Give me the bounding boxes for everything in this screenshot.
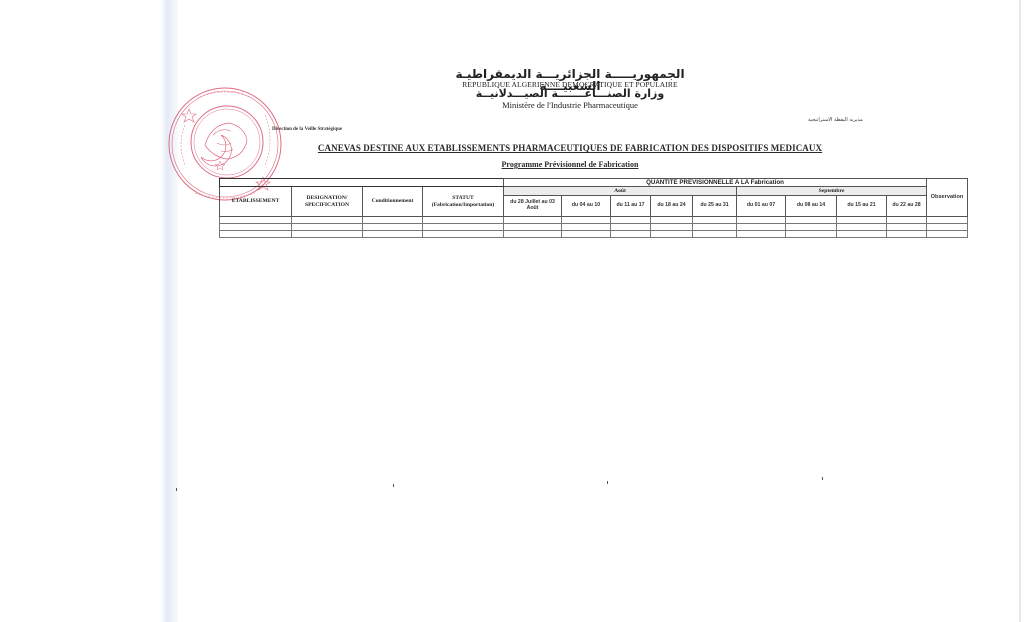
table-cell[interactable]	[651, 231, 693, 238]
week-column: du 18 au 24	[651, 196, 693, 217]
table-cell[interactable]	[837, 224, 887, 231]
table-cell[interactable]	[611, 217, 651, 224]
document-title: CANEVAS DESTINE AUX ETABLISSEMENTS PHARM…	[300, 143, 840, 153]
column-observation: Observation	[927, 179, 968, 217]
table-cell[interactable]	[292, 231, 363, 238]
table-cell[interactable]	[927, 217, 968, 224]
table-cell[interactable]	[887, 217, 927, 224]
month-septembre: Septembre	[737, 187, 927, 196]
table-cell[interactable]	[693, 224, 737, 231]
table-cell[interactable]	[927, 224, 968, 231]
table-cell[interactable]	[562, 231, 611, 238]
table-cell[interactable]	[562, 224, 611, 231]
header-spacer	[220, 179, 504, 187]
table-cell[interactable]	[292, 217, 363, 224]
table-cell[interactable]	[693, 231, 737, 238]
table-cell[interactable]	[887, 231, 927, 238]
table-cell[interactable]	[611, 224, 651, 231]
table-cell[interactable]	[504, 224, 562, 231]
table-cell[interactable]	[837, 217, 887, 224]
scan-mark	[822, 477, 823, 480]
table-row	[220, 217, 968, 224]
column-statut: STATUT (Fabrication/Importation)	[423, 187, 504, 217]
table-cell[interactable]	[693, 217, 737, 224]
week-column: du 15 au 21	[837, 196, 887, 217]
table-cell[interactable]	[786, 224, 837, 231]
header-ministry: Ministère de l'Industrie Pharmaceutique	[440, 101, 700, 110]
week-column: du 01 au 07	[737, 196, 786, 217]
document-subtitle: Programme Prévisionnel de Fabrication	[300, 160, 840, 169]
table-cell[interactable]	[786, 231, 837, 238]
table-cell[interactable]	[737, 217, 786, 224]
table-cell[interactable]	[562, 217, 611, 224]
table-cell[interactable]	[837, 231, 887, 238]
table-cell[interactable]	[363, 224, 423, 231]
table-cell[interactable]	[786, 217, 837, 224]
paper-edge-right	[1019, 0, 1021, 622]
week-column: du 08 au 14	[786, 196, 837, 217]
column-designation: DESIGNATION/ SPECIFICATION	[292, 187, 363, 217]
week-column: du 25 au 31	[693, 196, 737, 217]
header-arabic-ministry: وزارة الصنـــاعـــــــة الصيـــدلانيــة	[440, 88, 700, 99]
scan-mark	[393, 484, 394, 487]
table-cell[interactable]	[423, 231, 504, 238]
table-cell[interactable]	[220, 231, 292, 238]
table-cell[interactable]	[651, 224, 693, 231]
month-aout: Août	[504, 187, 737, 196]
scan-mark	[607, 481, 608, 484]
table-cell[interactable]	[292, 224, 363, 231]
table-cell[interactable]	[363, 231, 423, 238]
table-cell[interactable]	[423, 217, 504, 224]
week-column: du 28 Juillet au 03 Août	[504, 196, 562, 217]
column-conditionnement: Conditionnement	[363, 187, 423, 217]
week-column: du 11 au 17	[611, 196, 651, 217]
statut-sublabel: (Fabrication/Importation)	[432, 202, 494, 208]
table-cell[interactable]	[927, 231, 968, 238]
table-cell[interactable]	[220, 217, 292, 224]
scan-mark	[176, 488, 177, 491]
direction-arabic: مديرية اليقظة الاستراتيجية	[808, 117, 863, 123]
quantity-header: QUANTITE PREVISIONNELLE A LA Fabrication	[504, 179, 927, 187]
table-cell[interactable]	[611, 231, 651, 238]
week-column: du 22 au 28	[887, 196, 927, 217]
column-etablissement: ETABLISSEMENT	[220, 187, 292, 217]
table-row	[220, 231, 968, 238]
table-cell[interactable]	[423, 224, 504, 231]
table-cell[interactable]	[363, 217, 423, 224]
week-column: du 04 au 10	[562, 196, 611, 217]
table-row	[220, 224, 968, 231]
table-cell[interactable]	[504, 231, 562, 238]
table-cell[interactable]	[737, 224, 786, 231]
table-cell[interactable]	[651, 217, 693, 224]
table-cell[interactable]	[887, 224, 927, 231]
fabrication-program-table: QUANTITE PREVISIONNELLE A LA Fabrication…	[219, 178, 968, 238]
table-cell[interactable]	[504, 217, 562, 224]
table-cell[interactable]	[737, 231, 786, 238]
statut-label: STATUT	[452, 195, 474, 201]
table-cell[interactable]	[220, 224, 292, 231]
